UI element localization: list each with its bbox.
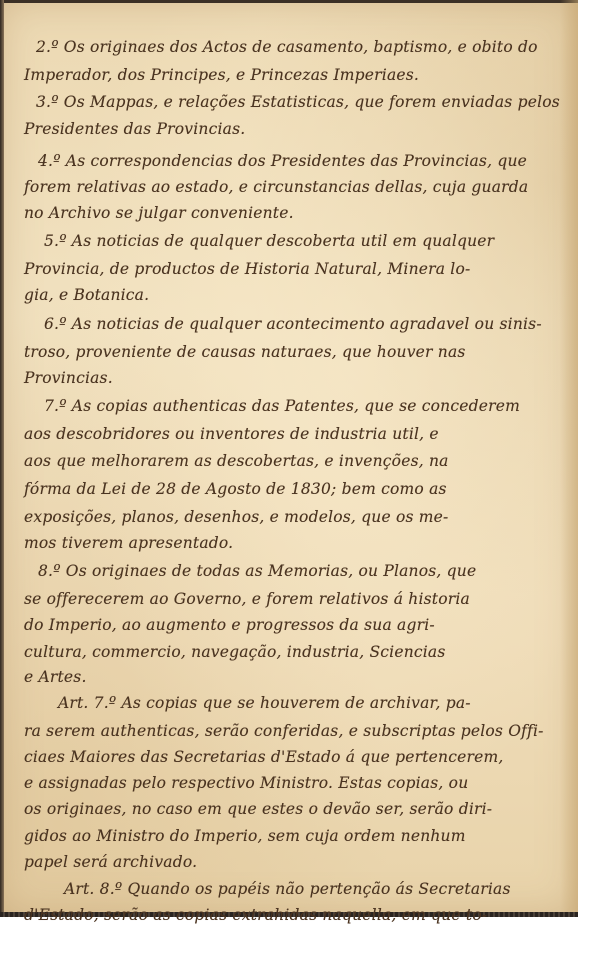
text-line: no Archivo se julgar conveniente.: [24, 204, 294, 222]
text-line: aos descobridores ou inventores de indus…: [24, 425, 439, 443]
text-line: Presidentes das Provincias.: [24, 120, 245, 138]
page-right-edge: [560, 0, 578, 916]
text-line: 6.º As noticias de qualquer aconteciment…: [44, 315, 542, 333]
text-line: exposições, planos, desenhos, e modelos,…: [24, 508, 449, 526]
text-line: ciaes Maiores das Secretarias d'Estado á…: [24, 748, 503, 766]
text-line: 2.º Os originaes dos Actos de casamento,…: [36, 38, 538, 56]
text-line: troso, proveniente de causas naturaes, q…: [24, 343, 466, 361]
text-line: aos que melhorarem as descobertas, e inv…: [24, 452, 449, 470]
page-top-edge: [0, 0, 578, 3]
page-left-edge: [0, 0, 4, 916]
text-line: 8.º Os originaes de todas as Memorias, o…: [38, 562, 476, 580]
text-line: Art. 7.º As copias que se houverem de ar…: [58, 694, 471, 712]
text-line: e assignadas pelo respectivo Ministro. E…: [24, 774, 468, 792]
text-line: os originaes, no caso em que estes o dev…: [24, 800, 492, 818]
text-line: mos tiverem apresentado.: [24, 534, 233, 552]
manuscript-page: 2.º Os originaes dos Actos de casamento,…: [0, 0, 578, 916]
text-line: Provincias.: [24, 369, 113, 387]
text-line: ra serem authenticas, serão conferidas, …: [24, 722, 544, 740]
text-line: 4.º As correspondencias dos Presidentes …: [38, 152, 527, 170]
text-line: se offerecerem ao Governo, e forem relat…: [24, 590, 470, 608]
text-line: fórma da Lei de 28 de Agosto de 1830; be…: [24, 480, 447, 498]
text-line: Art. 8.º Quando os papéis não pertenção …: [64, 880, 511, 898]
text-line: Provincia, de productos de Historia Natu…: [24, 260, 470, 278]
text-line: 7.º As copias authenticas das Patentes, …: [44, 397, 520, 415]
text-line: e Artes.: [24, 668, 87, 686]
text-line: d'Estado, serão as copias extrahidas naq…: [24, 906, 487, 924]
text-line: 5.º As noticias de qualquer descoberta u…: [44, 232, 494, 250]
text-line: papel será archivado.: [24, 853, 197, 871]
text-line: gidos ao Ministro do Imperio, sem cuja o…: [24, 827, 466, 845]
text-line: 3.º Os Mappas, e relações Estatisticas, …: [36, 93, 560, 111]
text-line: Imperador, dos Principes, e Princezas Im…: [24, 66, 419, 84]
text-line: gia, e Botanica.: [24, 286, 149, 304]
text-line: cultura, commercio, navegação, industria…: [24, 643, 446, 661]
text-line: forem relativas ao estado, e circunstanc…: [24, 178, 528, 196]
text-line: do Imperio, ao augmento e progressos da …: [24, 616, 435, 634]
